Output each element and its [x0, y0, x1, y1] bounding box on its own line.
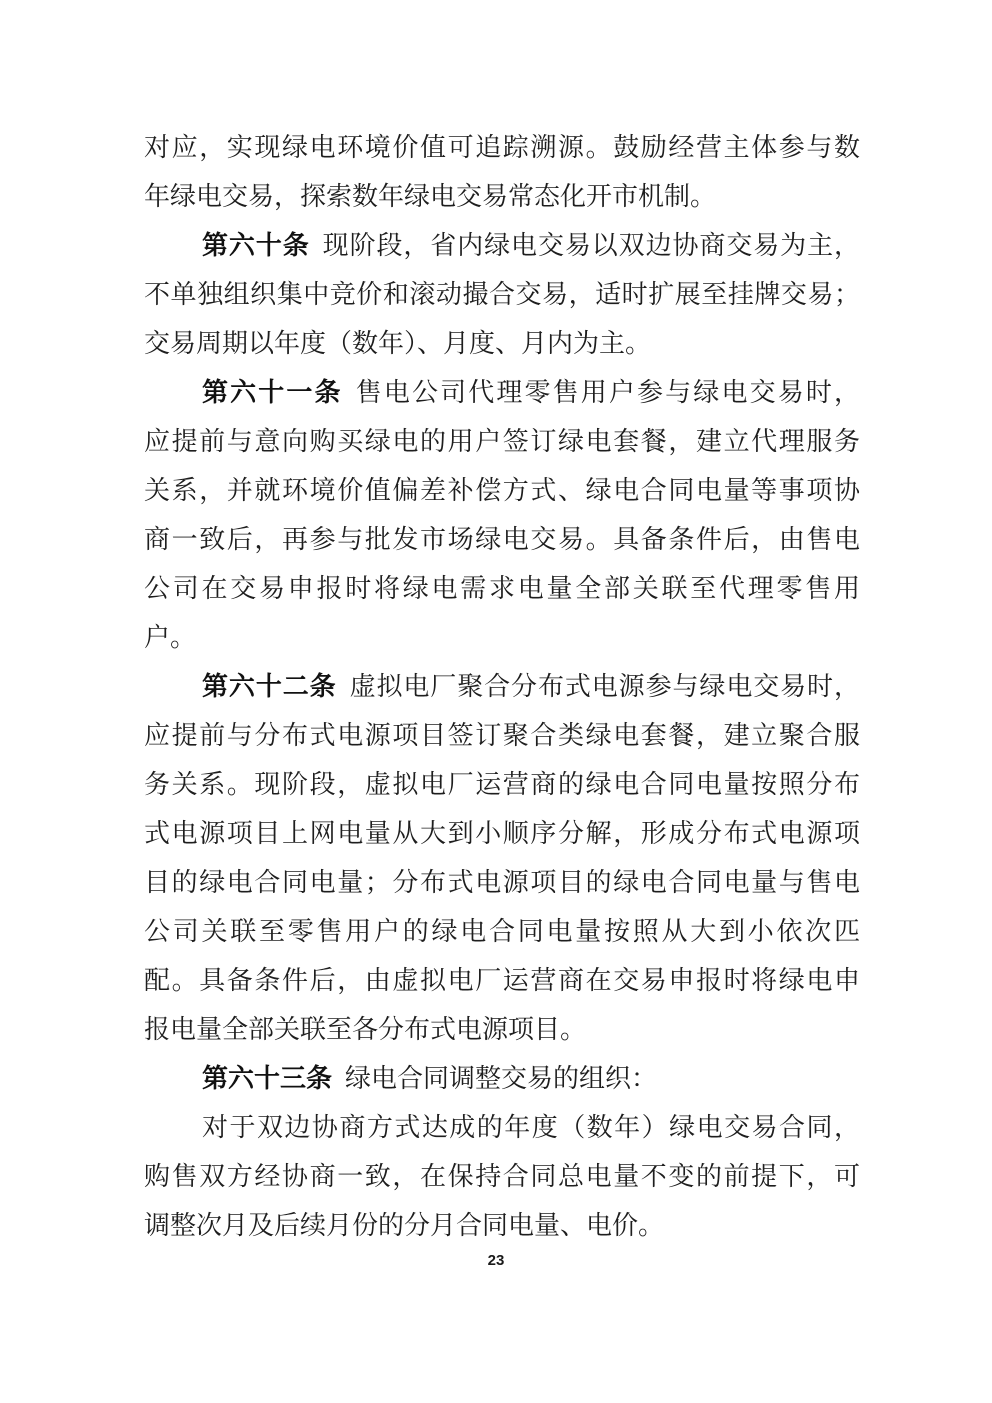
text-line: 交易周期以年度（数年）、月度、月内为主。 [144, 320, 860, 369]
line-text: 公司关联至零售用户的绿电合同电量按照从大到小依次匹 [144, 917, 860, 947]
line-text: 不单独组织集中竞价和滚动撮合交易，适时扩展至挂牌交易； [144, 280, 860, 310]
text-line: 对应，实现绿电环境价值可追踪溯源。鼓励经营主体参与数 [144, 124, 860, 173]
text-line: 务关系。现阶段，虚拟电厂运营商的绿电合同电量按照分布 [144, 761, 860, 810]
text-line: 调整次月及后续月份的分月合同电量、电价。 [144, 1202, 860, 1251]
line-text: 调整次月及后续月份的分月合同电量、电价。 [144, 1211, 664, 1241]
line-text: 年绿电交易，探索数年绿电交易常态化开市机制。 [144, 182, 716, 212]
text-line: 式电源项目上网电量从大到小顺序分解，形成分布式电源项 [144, 810, 860, 859]
text-line: 户。 [144, 614, 860, 663]
article-heading: 第六十二条 [202, 672, 337, 702]
line-text: 公司在交易申报时将绿电需求电量全部关联至代理零售用 [144, 574, 860, 604]
text-line: 应提前与分布式电源项目签订聚合类绿电套餐，建立聚合服 [144, 712, 860, 761]
text-line: 报电量全部关联至各分布式电源项目。 [144, 1006, 860, 1055]
text-line: 应提前与意向购买绿电的用户签订绿电套餐，建立代理服务 [144, 418, 860, 467]
line-text: 报电量全部关联至各分布式电源项目。 [144, 1015, 586, 1045]
article-heading: 第六十条 [202, 231, 310, 261]
line-text: 售电公司代理零售用户参与绿电交易时， [356, 378, 860, 408]
line-text: 配。具备条件后，由虚拟电厂运营商在交易申报时将绿电申 [144, 966, 860, 996]
text-line: 商一致后，再参与批发市场绿电交易。具备条件后，由售电 [144, 516, 860, 565]
document-page: 对应，实现绿电环境价值可追踪溯源。鼓励经营主体参与数 年绿电交易，探索数年绿电交… [0, 0, 992, 1403]
text-line: 公司关联至零售用户的绿电合同电量按照从大到小依次匹 [144, 908, 860, 957]
line-text: 绿电合同调整交易的组织： [345, 1064, 657, 1094]
text-line: 不单独组织集中竞价和滚动撮合交易，适时扩展至挂牌交易； [144, 271, 860, 320]
text-line: 对于双边协商方式达成的年度（数年）绿电交易合同， [144, 1104, 860, 1153]
line-text: 户。 [144, 623, 196, 653]
line-text: 应提前与分布式电源项目签订聚合类绿电套餐，建立聚合服 [144, 721, 860, 751]
line-text: 对于双边协商方式达成的年度（数年）绿电交易合同， [202, 1113, 860, 1143]
text-line: 配。具备条件后，由虚拟电厂运营商在交易申报时将绿电申 [144, 957, 860, 1006]
text-line: 目的绿电合同电量；分布式电源项目的绿电合同电量与售电 [144, 859, 860, 908]
line-text: 交易周期以年度（数年）、月度、月内为主。 [144, 329, 651, 359]
text-line-article-61: 第六十一条售电公司代理零售用户参与绿电交易时， [144, 369, 860, 418]
line-text: 关系，并就环境价值偏差补偿方式、绿电合同电量等事项协 [144, 476, 860, 506]
line-text: 现阶段，省内绿电交易以双边协商交易为主， [323, 231, 860, 261]
page-number: 23 [0, 1250, 992, 1272]
text-line: 购售双方经协商一致，在保持合同总电量不变的前提下，可 [144, 1153, 860, 1202]
line-text: 虚拟电厂聚合分布式电源参与绿电交易时， [350, 672, 860, 702]
line-text: 式电源项目上网电量从大到小顺序分解，形成分布式电源项 [144, 819, 860, 849]
text-line-article-60: 第六十条现阶段，省内绿电交易以双边协商交易为主， [144, 222, 860, 271]
text-line: 关系，并就环境价值偏差补偿方式、绿电合同电量等事项协 [144, 467, 860, 516]
article-heading: 第六十一条 [202, 378, 343, 408]
line-text: 对应，实现绿电环境价值可追踪溯源。鼓励经营主体参与数 [144, 133, 860, 163]
text-line-article-62: 第六十二条虚拟电厂聚合分布式电源参与绿电交易时， [144, 663, 860, 712]
text-line: 公司在交易申报时将绿电需求电量全部关联至代理零售用 [144, 565, 860, 614]
line-text: 商一致后，再参与批发市场绿电交易。具备条件后，由售电 [144, 525, 860, 555]
article-heading: 第六十三条 [202, 1064, 332, 1094]
line-text: 目的绿电合同电量；分布式电源项目的绿电合同电量与售电 [144, 868, 860, 898]
line-text: 务关系。现阶段，虚拟电厂运营商的绿电合同电量按照分布 [144, 770, 860, 800]
document-body: 对应，实现绿电环境价值可追踪溯源。鼓励经营主体参与数 年绿电交易，探索数年绿电交… [144, 124, 860, 1251]
line-text: 购售双方经协商一致，在保持合同总电量不变的前提下，可 [144, 1162, 860, 1192]
line-text: 应提前与意向购买绿电的用户签订绿电套餐，建立代理服务 [144, 427, 860, 457]
text-line: 年绿电交易，探索数年绿电交易常态化开市机制。 [144, 173, 860, 222]
text-line-article-63: 第六十三条绿电合同调整交易的组织： [144, 1055, 860, 1104]
